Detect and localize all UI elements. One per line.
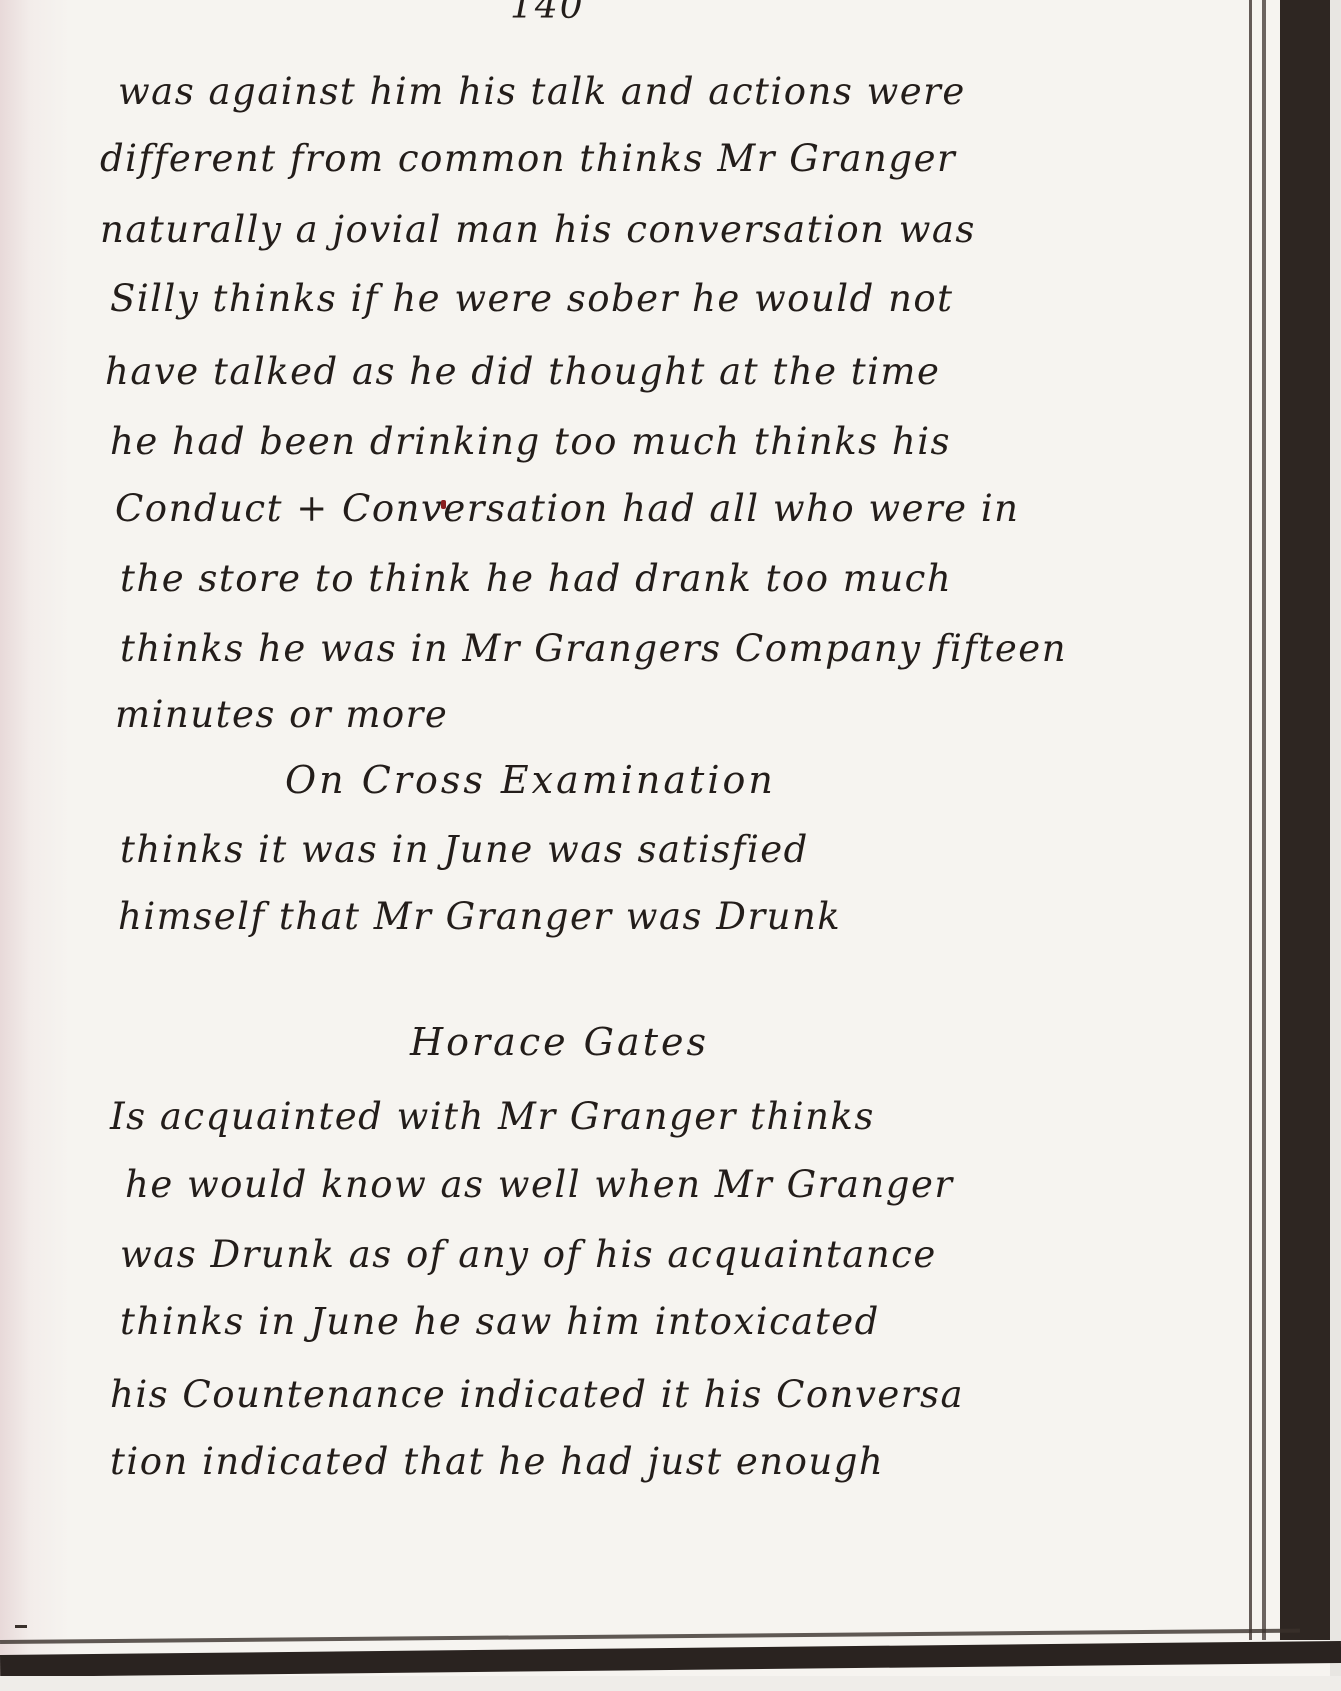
background-below-page: [0, 1676, 1341, 1691]
text-line: Is acquainted with Mr Granger thinks: [110, 1095, 875, 1138]
text-line: thinks it was in June was satisfied: [120, 828, 809, 871]
text-line: different from common thinks Mr Granger: [100, 137, 956, 180]
text-line: Silly thinks if he were sober he would n…: [110, 277, 954, 320]
cross-examination-heading: On Cross Examination: [285, 758, 776, 802]
text-line: Conduct + Conversation had all who were …: [115, 487, 1020, 530]
text-line: the store to think he had drank too much: [120, 557, 952, 600]
text-line: minutes or more: [115, 693, 448, 736]
text-line: his Countenance indicated it his Convers…: [110, 1373, 964, 1416]
text-line: he would know as well when Mr Granger: [125, 1163, 954, 1206]
page-edge: [1330, 0, 1341, 1691]
red-ink-spot: [441, 500, 446, 509]
binding-line: [1249, 0, 1252, 1640]
text-line: thinks in June he saw him intoxicated: [120, 1300, 880, 1343]
text-line: have talked as he did thought at the tim…: [105, 350, 940, 393]
book-binding: [1280, 0, 1330, 1640]
margin-mark: [15, 1625, 27, 1628]
manuscript-page: 140 was against him his talk and actions…: [0, 0, 1341, 1691]
text-line: tion indicated that he had just enough: [110, 1440, 884, 1483]
text-line: thinks he was in Mr Grangers Company fif…: [120, 627, 1067, 670]
text-line: was Drunk as of any of his acquaintance: [120, 1233, 937, 1276]
text-line: himself that Mr Granger was Drunk: [118, 895, 841, 938]
text-line: naturally a jovial man his conversation …: [100, 208, 976, 251]
text-line: was against him his talk and actions wer…: [118, 70, 966, 113]
text-line: he had been drinking too much thinks his: [110, 420, 951, 463]
witness-name-heading: Horace Gates: [410, 1020, 709, 1064]
binding-line: [1262, 0, 1266, 1640]
page-number: 140: [510, 0, 585, 27]
